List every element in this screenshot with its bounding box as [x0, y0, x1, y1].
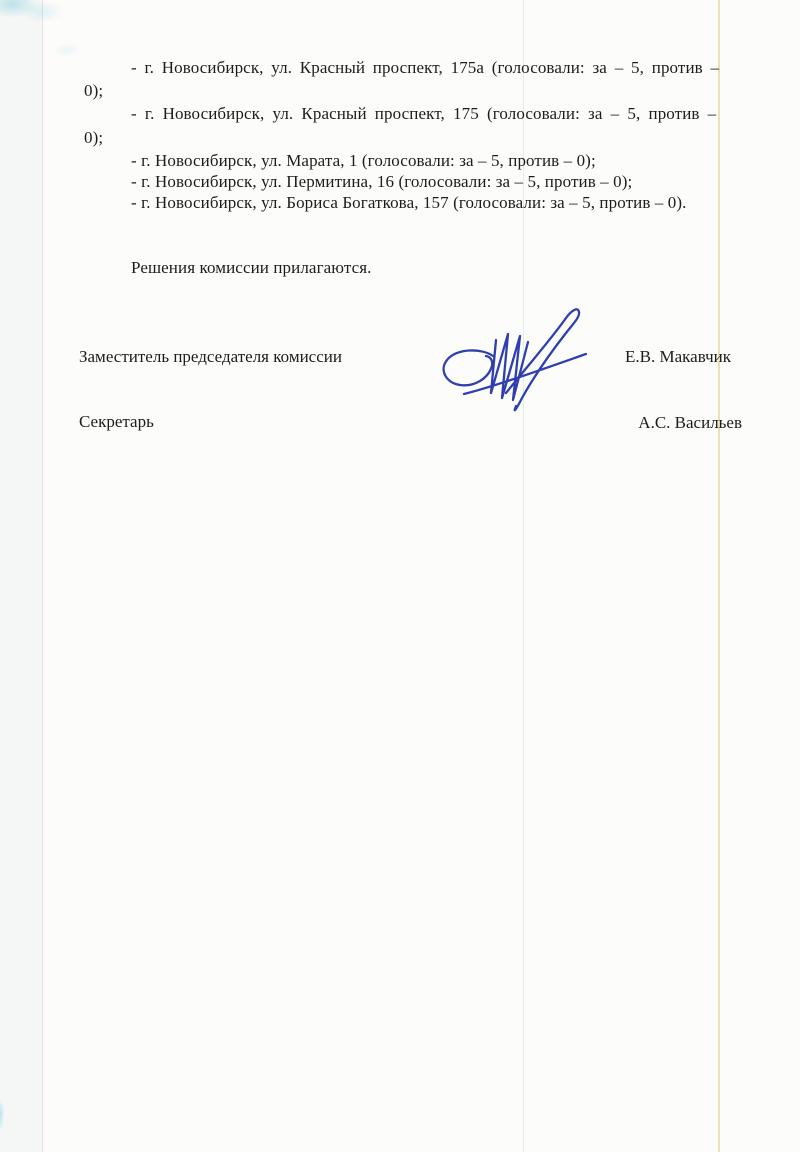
scan-left-margin-strip [0, 0, 42, 1152]
address-line-3: - г. Новосибирск, ул. Марата, 1 (голосов… [131, 150, 596, 171]
address-line-4: - г. Новосибирск, ул. Пермитина, 16 (гол… [131, 171, 632, 192]
scanned-document-page: - г. Новосибирск, ул. Красный проспект, … [0, 0, 800, 1152]
address-line-1-wrap: 0); [84, 80, 103, 101]
scan-smudge-top-left [0, 0, 90, 60]
scan-left-edge-line [42, 0, 43, 1152]
address-line-2: - г. Новосибирск, ул. Красный проспект, … [131, 103, 716, 124]
scan-smudge-bottom-left [0, 1095, 7, 1137]
signature-name-deputy-chair: Е.В. Макавчик [625, 347, 731, 367]
scan-fold-yellow-line [718, 0, 720, 1152]
address-line-2-wrap: 0); [84, 127, 103, 148]
address-line-1: - г. Новосибирск, ул. Красный проспект, … [131, 57, 719, 78]
signature-role-secretary: Секретарь [79, 412, 154, 432]
signature-role-deputy-chair: Заместитель председателя комиссии [79, 347, 342, 367]
signature-name-secretary: А.С. Васильев [638, 413, 742, 433]
address-line-5: - г. Новосибирск, ул. Бориса Богаткова, … [131, 192, 686, 213]
handwritten-signature [436, 296, 596, 420]
attachment-note: Решения комиссии прилагаются. [131, 257, 372, 278]
